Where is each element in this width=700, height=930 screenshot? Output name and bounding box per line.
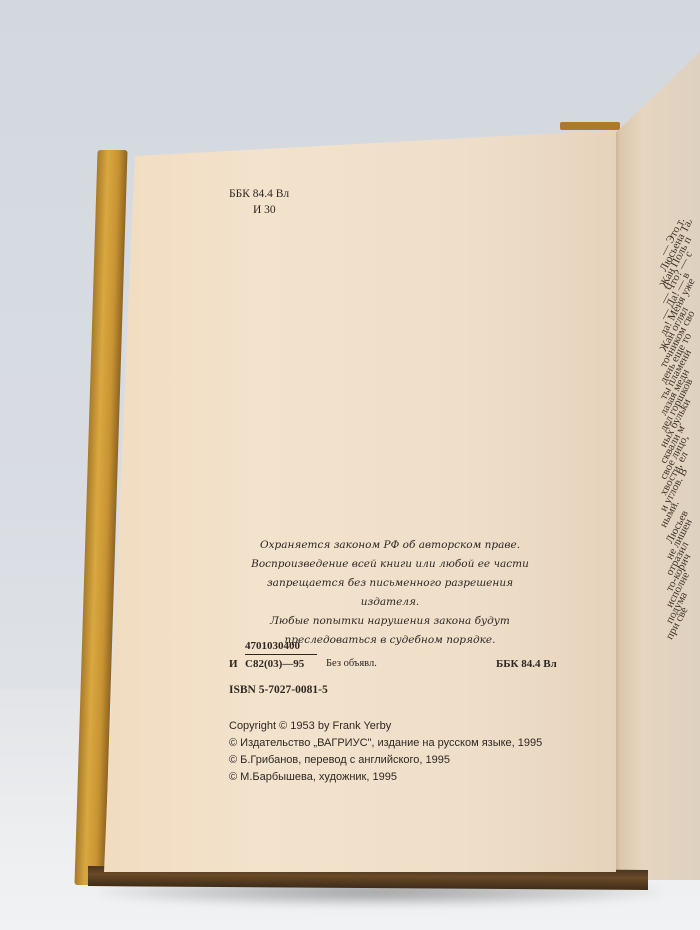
catalog-letter: И bbox=[229, 658, 238, 670]
notice-line: запрещается без письменного разрешения и… bbox=[240, 574, 540, 612]
notice-line: Любые попытки нарушения закона будут bbox=[240, 612, 540, 631]
catalog-note: Без объявл. bbox=[326, 658, 377, 669]
copyright-line: © Б.Грибанов, перевод с английского, 199… bbox=[229, 752, 542, 769]
catalog-numerator: 4701030400 bbox=[245, 640, 317, 655]
copyright-line: © М.Барбышева, художник, 1995 bbox=[229, 769, 542, 786]
bbk-code: ББК 84.4 Вл bbox=[229, 186, 289, 202]
book-cover-corner bbox=[560, 122, 620, 130]
catalog-fraction: 4701030400 С82(03)—95 bbox=[245, 640, 317, 670]
isbn: ISBN 5-7027-0081-5 bbox=[229, 684, 328, 696]
catalog-bbk-code: ББК 84.4 Вл bbox=[496, 658, 557, 670]
copyright-line: © Издательство „ВАГРИУС", издание на рус… bbox=[229, 735, 542, 752]
copyright-block: Copyright © 1953 by Frank Yerby © Издате… bbox=[229, 718, 542, 786]
rights-notice: Охраняется законом РФ об авторском праве… bbox=[240, 536, 540, 650]
bbk-header: ББК 84.4 Вл И 30 bbox=[229, 186, 289, 218]
author-mark: И 30 bbox=[229, 202, 289, 218]
catalog-denominator: С82(03)—95 bbox=[245, 655, 317, 670]
notice-line: Воспроизведение всей книги или любой ее … bbox=[240, 555, 540, 574]
facing-page-text: — Это тянетЛюсьена ТальбЖан Поль п— Что?… bbox=[650, 220, 700, 640]
notice-line: Охраняется законом РФ об авторском праве… bbox=[240, 536, 540, 555]
copyright-line: Copyright © 1953 by Frank Yerby bbox=[229, 718, 542, 735]
